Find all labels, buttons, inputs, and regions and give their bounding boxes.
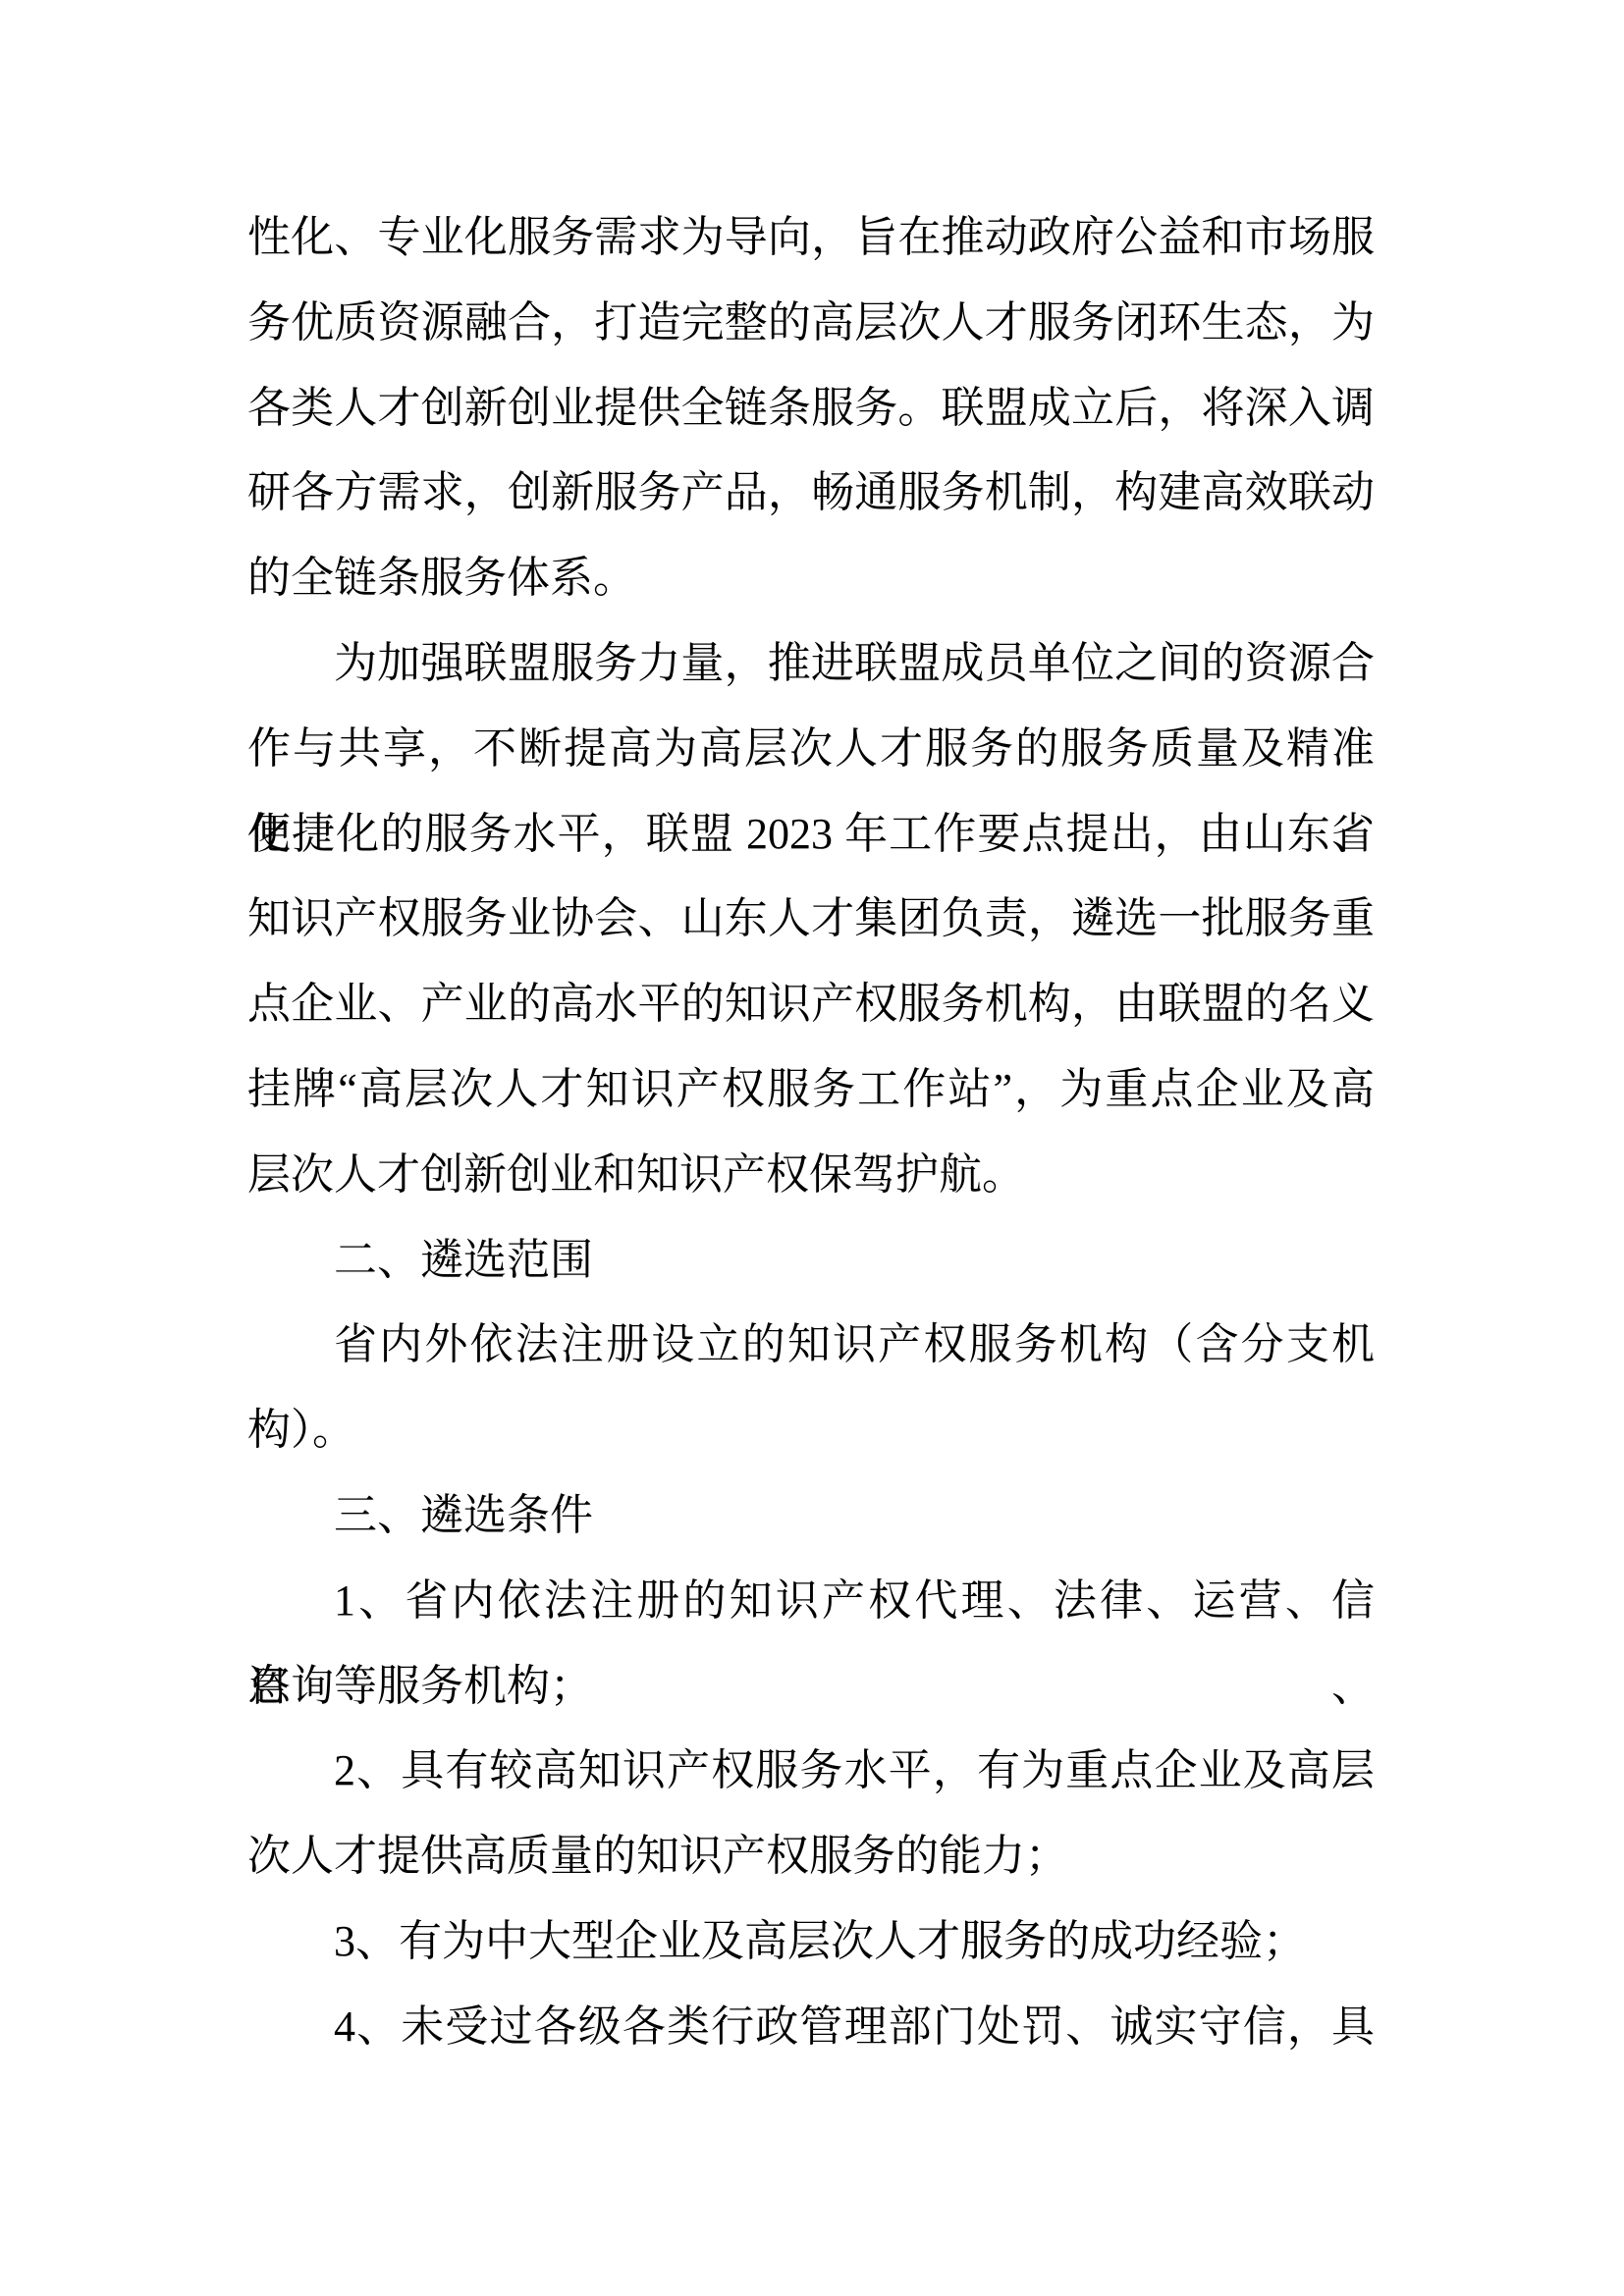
text-line: 务优质资源融合，打造完整的高层次人才服务闭环生态，为 xyxy=(247,281,1375,366)
text-line: 二、遴选范围 xyxy=(247,1218,1375,1304)
text-line: 作与共享，不断提高为高层次人才服务的服务质量及精准化、 xyxy=(247,707,1375,792)
text-line: 挂牌“高层次人才知识产权服务工作站”，为重点企业及高 xyxy=(247,1047,1375,1133)
text-line: 各类人才创新创业提供全链条服务。联盟成立后，将深入调 xyxy=(247,366,1375,452)
text-line: 层次人才创新创业和知识产权保驾护航。 xyxy=(247,1133,1375,1218)
text-line: 3、有为中大型企业及高层次人才服务的成功经验； xyxy=(247,1899,1375,1985)
text-line: 4、未受过各级各类行政管理部门处罚、诚实守信，具 xyxy=(247,1985,1375,2070)
text-line: 1、省内依法注册的知识产权代理、法律、运营、信息、 xyxy=(247,1559,1375,1644)
text-line: 构）。 xyxy=(247,1388,1375,1473)
text-line: 2、具有较高知识产权服务水平，有为重点企业及高层 xyxy=(247,1729,1375,1814)
text-line: 知识产权服务业协会、山东人才集团负责，遴选一批服务重 xyxy=(247,877,1375,962)
text-line: 便捷化的服务水平，联盟 2023 年工作要点提出，由山东省 xyxy=(247,792,1375,878)
document-body: 性化、专业化服务需求为导向，旨在推动政府公益和市场服务优质资源融合，打造完整的高… xyxy=(247,195,1375,2070)
text-line: 研各方需求，创新服务产品，畅通服务机制，构建高效联动 xyxy=(247,451,1375,536)
text-line: 的全链条服务体系。 xyxy=(247,536,1375,621)
text-line: 省内外依法注册设立的知识产权服务机构（含分支机 xyxy=(247,1303,1375,1388)
text-line: 次人才提供高质量的知识产权服务的能力； xyxy=(247,1814,1375,1899)
text-line: 点企业、产业的高水平的知识产权服务机构，由联盟的名义 xyxy=(247,962,1375,1047)
text-line: 三、遴选条件 xyxy=(247,1473,1375,1559)
text-line: 为加强联盟服务力量，推进联盟成员单位之间的资源合 xyxy=(247,621,1375,707)
document-page: 性化、专业化服务需求为导向，旨在推动政府公益和市场服务优质资源融合，打造完整的高… xyxy=(0,0,1624,2296)
text-line: 性化、专业化服务需求为导向，旨在推动政府公益和市场服 xyxy=(247,195,1375,281)
